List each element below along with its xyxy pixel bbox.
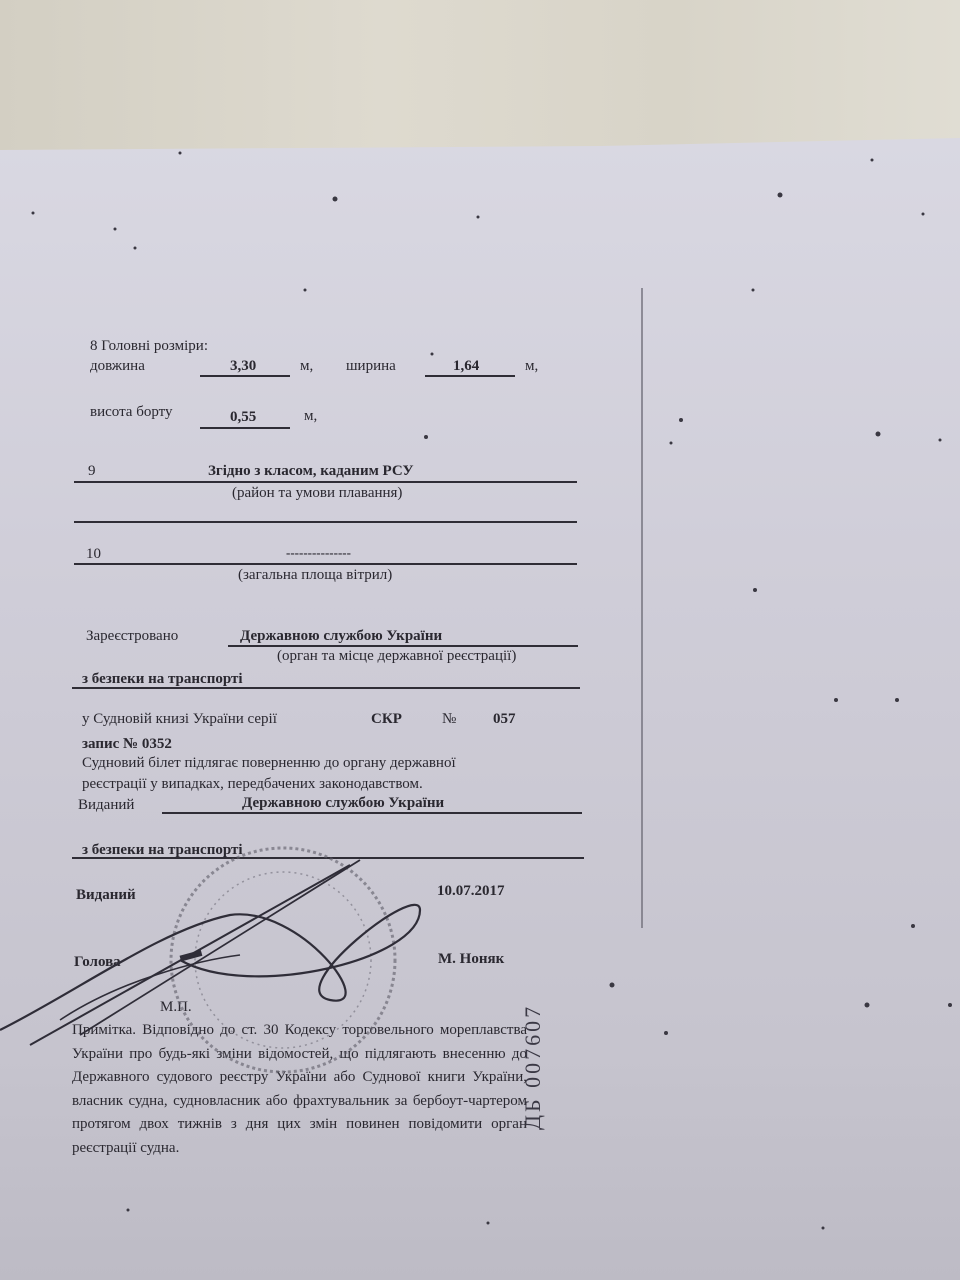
official-seal-icon <box>171 848 395 1072</box>
signature-icon <box>0 905 420 1030</box>
stamp-and-signature <box>0 0 960 1280</box>
